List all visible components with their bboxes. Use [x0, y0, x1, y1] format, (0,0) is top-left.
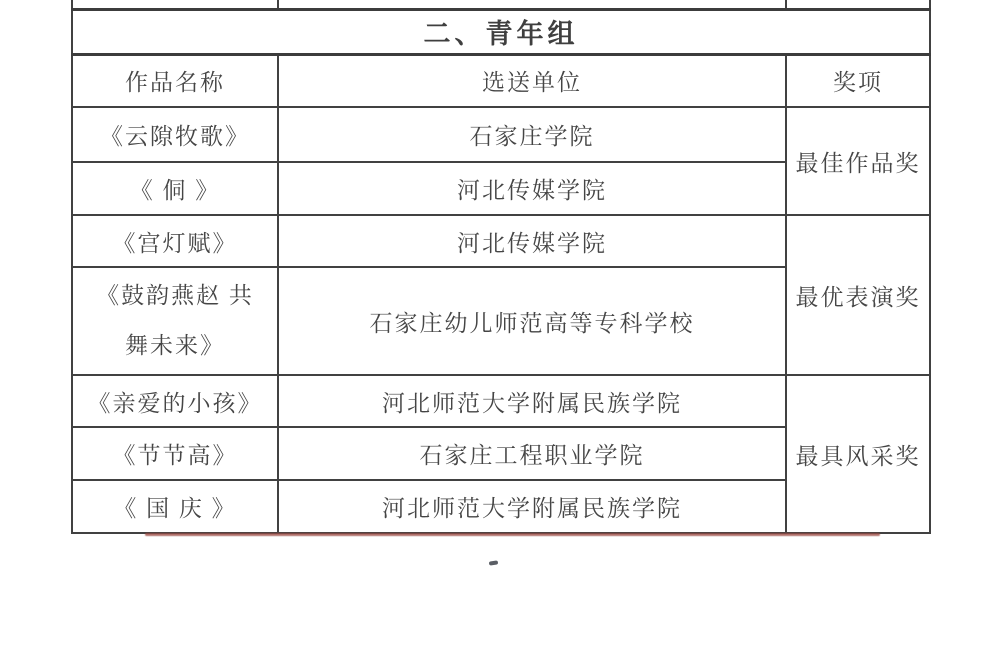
cell-award-best-style: 最具风采奖 — [786, 375, 930, 533]
section-title-row: 二、青年组 — [72, 9, 930, 54]
red-underline-artifact — [145, 533, 880, 536]
cell-work: 《亲爱的小孩》 — [72, 375, 278, 427]
cell-unit: 河北传媒学院 — [278, 162, 786, 215]
cutoff-cell — [278, 0, 786, 9]
cell-work: 《宫灯赋》 — [72, 215, 278, 267]
cell-unit: 河北师范大学附属民族学院 — [278, 375, 786, 427]
cutoff-cell — [786, 0, 930, 9]
col-header-work: 作品名称 — [72, 54, 278, 107]
cell-work: 《 国 庆 》 — [72, 480, 278, 533]
cell-unit: 河北传媒学院 — [278, 215, 786, 267]
cutoff-cell — [72, 0, 278, 9]
col-header-unit: 选送单位 — [278, 54, 786, 107]
cutoff-previous-row — [72, 0, 930, 9]
youth-group-awards-table: 二、青年组 作品名称 选送单位 奖项 《云隙牧歌》 石家庄学院 最佳作品奖 《 … — [71, 0, 931, 534]
work-title-line: 《鼓韵燕赵 共 — [79, 271, 271, 321]
cell-work: 《 侗 》 — [72, 162, 278, 215]
scanned-document-page: 二、青年组 作品名称 选送单位 奖项 《云隙牧歌》 石家庄学院 最佳作品奖 《 … — [0, 0, 1000, 656]
column-header-row: 作品名称 选送单位 奖项 — [72, 54, 930, 107]
table-row: 《宫灯赋》 河北传媒学院 最优表演奖 — [72, 215, 930, 267]
section-title: 二、青年组 — [72, 9, 930, 54]
cell-unit: 河北师范大学附属民族学院 — [278, 480, 786, 533]
cell-work: 《鼓韵燕赵 共 舞未来》 — [72, 267, 278, 375]
cell-work: 《云隙牧歌》 — [72, 107, 278, 162]
col-header-award: 奖项 — [786, 54, 930, 107]
work-title-line: 舞未来》 — [79, 321, 271, 371]
table-row: 《亲爱的小孩》 河北师范大学附属民族学院 最具风采奖 — [72, 375, 930, 427]
table-row: 《云隙牧歌》 石家庄学院 最佳作品奖 — [72, 107, 930, 162]
cell-work: 《节节高》 — [72, 427, 278, 480]
cell-unit: 石家庄工程职业学院 — [278, 427, 786, 480]
cell-unit: 石家庄学院 — [278, 107, 786, 162]
cell-award-best-work: 最佳作品奖 — [786, 107, 930, 215]
cell-award-best-performance: 最优表演奖 — [786, 215, 930, 375]
cell-unit: 石家庄幼儿师范高等专科学校 — [278, 267, 786, 375]
ink-smudge-mark — [489, 560, 498, 565]
